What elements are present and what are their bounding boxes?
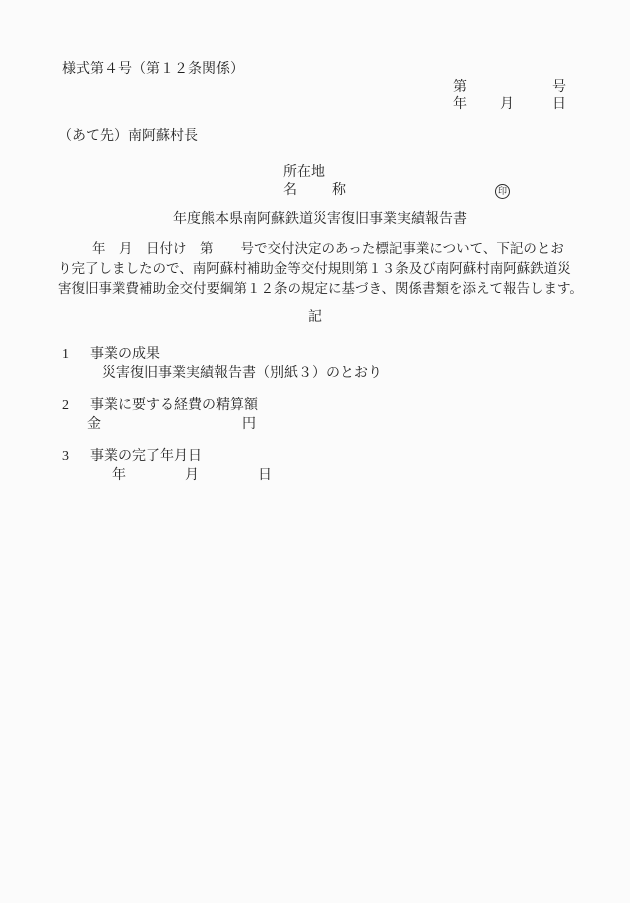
body-line-1: 年 月 日付け 第 号で交付決定のあった標記事業について、下記のとお xyxy=(92,242,564,256)
sender-address-label: 所在地 xyxy=(283,166,325,180)
date-day-label: 日 xyxy=(552,98,566,112)
document-title: 年度熊本県南阿蘇鉄道災害復旧事業実績報告書 xyxy=(173,213,467,227)
doc-number-prefix: 第 xyxy=(453,81,467,95)
item3-year-label: 年 xyxy=(112,469,126,483)
item3-day-label: 日 xyxy=(258,469,272,483)
item2-amount-prefix: 金 xyxy=(87,418,101,432)
item3-number: 3 xyxy=(62,450,69,464)
date-month-label: 月 xyxy=(500,98,514,112)
sender-name-label-second: 称 xyxy=(332,184,346,198)
item1-number: 1 xyxy=(62,348,69,362)
item2-number: 2 xyxy=(62,399,69,413)
item1-detail: 災害復旧事業実績報告書（別紙３）のとおり xyxy=(102,367,382,381)
document-page: 様式第４号（第１２条関係） 第 号 年 月 日 （あて先）南阿蘇村長 所在地 名… xyxy=(0,0,630,903)
item3-label: 事業の完了年月日 xyxy=(90,450,202,464)
body-line-2: り完了しましたので、南阿蘇村補助金等交付規則第１３条及び南阿蘇村南阿蘇鉄道災 xyxy=(58,262,571,276)
item2-amount-suffix: 円 xyxy=(242,418,256,432)
body-line-3: 害復旧事業費補助金交付要綱第１２条の規定に基づき、関係書類を添えて報告します。 xyxy=(58,282,583,296)
sender-name-label-first: 名 xyxy=(283,184,297,198)
item3-month-label: 月 xyxy=(185,469,199,483)
addressee: （あて先）南阿蘇村長 xyxy=(58,130,198,144)
seal-icon: 印 xyxy=(495,184,510,199)
item1-label: 事業の成果 xyxy=(90,348,160,362)
item2-label: 事業に要する経費の精算額 xyxy=(90,399,258,413)
record-marker: 記 xyxy=(308,311,322,325)
date-year-label: 年 xyxy=(453,98,467,112)
form-number: 様式第４号（第１２条関係） xyxy=(62,63,244,77)
doc-number-suffix: 号 xyxy=(552,81,566,95)
